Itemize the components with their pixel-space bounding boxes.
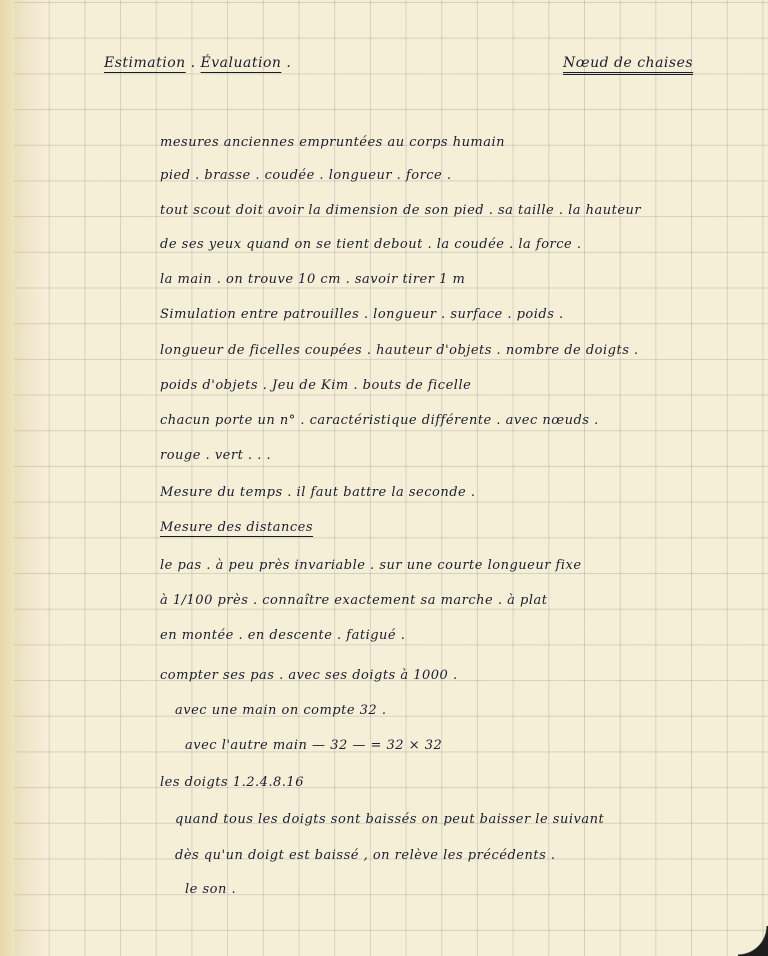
text-line: quand tous les doigts sont baissés on pe… bbox=[175, 812, 604, 827]
text-line: poids d'objets . Jeu de Kim . bouts de f… bbox=[160, 378, 471, 393]
text-line: chacun porte un n° . caractéristique dif… bbox=[160, 413, 599, 428]
text-line: avec une main on compte 32 . bbox=[175, 703, 386, 718]
text-line: rouge . vert . . . bbox=[160, 448, 271, 463]
text-line: les doigts 1.2.4.8.16 bbox=[160, 775, 304, 790]
notebook-page: Estimation . Évaluation . Nœud de chaise… bbox=[0, 0, 768, 956]
section-heading-time: Mesure du temps . il faut battre la seco… bbox=[160, 485, 476, 500]
text-line: compter ses pas . avec ses doigts à 1000… bbox=[160, 668, 458, 683]
page-title: Estimation . Évaluation . bbox=[104, 55, 291, 71]
title-evaluation: Évaluation bbox=[201, 55, 282, 71]
page-shadow bbox=[14, 0, 46, 956]
text-line: mesures anciennes empruntées au corps hu… bbox=[160, 135, 505, 150]
page-corner-shadow bbox=[738, 926, 768, 956]
text-line: dès qu'un doigt est baissé , on relève l… bbox=[175, 848, 556, 863]
title-estimation: Estimation bbox=[104, 55, 186, 71]
page-binding-edge bbox=[0, 0, 14, 956]
text-line: à 1/100 près . connaître exactement sa m… bbox=[160, 593, 547, 608]
text-line: le son . bbox=[185, 882, 236, 897]
section-heading-distances: Mesure des distances bbox=[160, 520, 313, 535]
text-line: la main . on trouve 10 cm . savoir tirer… bbox=[160, 272, 465, 287]
text-line: Simulation entre patrouilles . longueur … bbox=[160, 307, 564, 322]
text-line: le pas . à peu près invariable . sur une… bbox=[160, 558, 582, 573]
page-topic: Nœud de chaises bbox=[563, 55, 693, 71]
text-line: avec l'autre main — 32 — = 32 × 32 bbox=[185, 738, 442, 753]
text-line: en montée . en descente . fatigué . bbox=[160, 628, 405, 643]
title-separator: . bbox=[186, 55, 201, 71]
text-line: tout scout doit avoir la dimension de so… bbox=[160, 203, 641, 218]
text-line: longueur de ficelles coupées . hauteur d… bbox=[160, 343, 639, 358]
text-line: pied . brasse . coudée . longueur . forc… bbox=[160, 168, 452, 183]
title-separator: . bbox=[281, 55, 291, 71]
text-line: de ses yeux quand on se tient debout . l… bbox=[160, 237, 582, 252]
